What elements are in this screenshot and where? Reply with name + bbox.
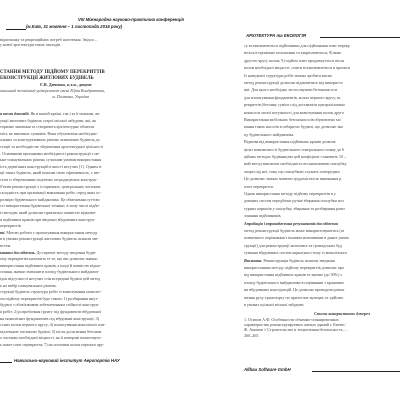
body-text: перекриттів. <box>0 223 22 228</box>
body-text: використання підйомних кранів, а іноді й… <box>0 263 101 268</box>
body-line: истем. <box>0 243 11 248</box>
body-line: плит перекриття. <box>244 184 274 189</box>
body-text: б'єктів реконструкції у історичних, цент… <box>0 184 101 189</box>
header-rule <box>6 29 26 30</box>
body-line: використанням методу підйому перекриттів… <box>244 265 344 270</box>
body-text: сті використання будівельної техніки, в … <box>0 203 100 208</box>
author-name: Є.В. Дяченко, к.т.н., доцент <box>40 82 92 87</box>
body-line: зонання підйомників. <box>244 213 281 218</box>
body-line: ження руху транспорту по прилеглих вулиц… <box>244 295 343 300</box>
conference-header-line1: VIII Міжнародна науково-практична конфер… <box>78 17 184 22</box>
body-line: складність при організації виконання роб… <box>0 190 101 195</box>
body-text: використанням методу підйому перекриттів… <box>244 265 344 270</box>
body-line: укції житлових будівель старої міської з… <box>0 118 96 123</box>
body-text: стем із збереженням існуючих огороджуючи… <box>0 177 98 182</box>
body-line: Апробація і впровадження результатів дос… <box>244 221 338 226</box>
body-text: Як в нашій країні, так і за її межами, а… <box>30 111 101 116</box>
body-line: сті використання будівельної техніки, в … <box>0 203 100 208</box>
body-text: будівлі з обов'язковим забезпеченням сті… <box>0 302 99 307</box>
body-text: рекриттів (бетонну суміш слід доставляти… <box>244 102 345 107</box>
body-text: в в умовах реконструкції житлових будіве… <box>0 236 99 241</box>
body-line: я робіт; 2) розроблення ґрунту під фунда… <box>0 309 101 314</box>
body-line: колон необхідної міцності, плити встанов… <box>244 65 350 70</box>
body-line: Висновки. Реконструкція будівель шляхом … <box>244 258 335 263</box>
body-text: Це дозволяє значно знизити трудомісткіст… <box>244 176 341 181</box>
body-text: ість дерев'яних конструкцій в якості нес… <box>0 164 101 169</box>
body-line: дованих систем передбачає ручне збирання… <box>244 198 344 203</box>
references-title: Список використаних джерел <box>314 311 370 316</box>
body-line: ідок відсутності несучих стін всередині … <box>0 276 100 281</box>
left-page: VIII Міжнародна науково-практична конфер… <box>0 0 200 400</box>
body-text: ь пакет плит перекриття; 7) на оголовки … <box>0 342 104 347</box>
body-text: підземною частиною будівлі; 5) після дос… <box>0 329 101 334</box>
body-text: торичне значення та створюють архітектур… <box>0 124 94 129</box>
body-text: укції житлових будівель старої міської з… <box>0 118 96 123</box>
body-text: струкції будівель структура робіт із вла… <box>0 289 101 294</box>
body-line: перекриттів. <box>0 223 22 228</box>
body-line: ьтати досліджень. До переваг методу звед… <box>0 250 96 255</box>
body-text: ня вбудованих конструкцій. Це дозволяє п… <box>244 287 344 292</box>
body-text: метод реконструкції будівель може викори… <box>244 228 344 233</box>
body-line: я підйомних кранів при зведенні вбудован… <box>0 217 95 222</box>
body-line: струкції будівель структура робіт із вла… <box>0 289 101 294</box>
body-text: ом підйому перекриттів буде такою: 1) ро… <box>0 296 98 301</box>
footer-rule <box>0 362 12 363</box>
body-line: нонасоси малої потужності для влаштуванн… <box>244 110 344 115</box>
body-text: розміри будівельного майданчика. Це обме… <box>0 197 100 202</box>
body-line: нів. Для цього необхідно застосовувати б… <box>244 87 337 92</box>
body-line: су встановлюються підйомники для підйома… <box>244 43 350 48</box>
body-text: ження руху транспорту по прилеглих вулиц… <box>244 295 343 300</box>
body-text: ються в проміжне положення та закріплюют… <box>244 50 341 55</box>
body-text: колон необхідної міцності, плити встанов… <box>244 65 350 70</box>
body-line: будівлі з обов'язковим забезпеченням сті… <box>0 302 99 307</box>
body-text: в умовах щільної міської забудови. <box>244 302 304 307</box>
body-line: трукції) для реконструкції житлових та г… <box>244 243 342 248</box>
body-line: цу будівельного майданчика. <box>244 132 294 137</box>
body-line: ті. Метою роботи є пропагування використ… <box>0 230 97 235</box>
body-line: стних колон першого ярусу; 4) влаштуванн… <box>0 322 106 327</box>
body-line: ції таких будівель, який показав свою еф… <box>0 170 100 175</box>
body-line: підземною частиною будівлі; 5) після дос… <box>0 329 101 334</box>
body-line: Це дозволяє значно знизити трудомісткіст… <box>244 176 341 181</box>
article-affiliation-line1: ональний технічний університет імені Юрі… <box>0 88 105 93</box>
body-text: повнечного порівняння з іншими можливими… <box>244 235 349 240</box>
right-page: АРХІТЕКТУРА та ЕКОЛОГІЯ су встановлюютьс… <box>200 0 400 400</box>
body-text: опори під неї, тому що опалубкою служать… <box>244 169 340 174</box>
body-text: зонання підйомників. <box>244 213 281 218</box>
header-rule <box>320 37 400 38</box>
body-line: другого ярусу колон; 9) підйом плит прод… <box>244 58 344 63</box>
body-line: ються в проміжне положення та закріплюют… <box>244 50 341 55</box>
body-text: метод реконструкції дозволяє відмовитись… <box>244 80 343 85</box>
body-line: площу будівельного майданчика в порівнян… <box>244 280 344 285</box>
body-line: ь пакет плит перекриття; 7) на оголовки … <box>0 342 104 347</box>
body-line: рекриттів (бетонну суміш слід доставляти… <box>244 102 345 107</box>
conference-header-line2: (м.Київ, 31 жовтня – 1 листопада 2016 ро… <box>26 24 122 29</box>
body-text: стних колон першого ярусу; 4) влаштуванн… <box>0 322 106 327</box>
body-line: метод реконструкції дозволяє відмовитись… <box>244 80 343 85</box>
reference-item: Ф. Акимов // Строительство и техногенная… <box>244 327 347 332</box>
body-line: від використання підйомних кранів та зна… <box>244 272 342 277</box>
body-line: ційних методах будівництва цей коефіцієн… <box>244 154 346 159</box>
body-line: Із наведеної структури робіт можна зроби… <box>244 73 332 78</box>
body-text: ьно-планувальних рішень сучасним умовам … <box>0 157 101 162</box>
body-text: я робіт; 2) розроблення ґрунту під фунда… <box>0 309 101 314</box>
right-footer: Allbau Software GmbH <box>244 367 291 372</box>
body-line: б'єктів реконструкції у історичних, цент… <box>0 184 101 189</box>
body-text: альних та конструктивних рішень зазначен… <box>0 137 100 142</box>
body-text: . Основними причинами необхідності рекон… <box>0 151 100 156</box>
body-line: цієнт компактності будівельного генераль… <box>244 147 344 152</box>
body-line: стем із збереженням існуючих огороджуючи… <box>0 177 98 182</box>
body-line: опори під неї, тому що опалубкою служать… <box>244 169 340 174</box>
body-line: повнечного порівняння з іншими можливими… <box>244 235 349 240</box>
body-line: ому перекриттів належить те те, що він д… <box>0 256 97 261</box>
body-line: Використання мобільних бетононасосів обу… <box>244 117 341 122</box>
body-text: плит перекриття. <box>244 184 274 189</box>
body-line: ний метод виключає необхідність встановл… <box>244 161 347 166</box>
body-text: ь на вибір планувальних рішень. <box>0 283 57 288</box>
article-affiliation-line2: м. Полтава, Україна <box>52 94 89 99</box>
body-line: міст, не викликає сумнівів. Вона обумовл… <box>0 131 98 136</box>
body-text: міст, не викликає сумнівів. Вона обумовл… <box>0 131 98 136</box>
body-line: стання, значно зменшити площу будівельно… <box>0 269 99 274</box>
body-line: ня вбудованих конструкцій. Це дозволяє п… <box>244 287 344 292</box>
body-text: складність при організації виконання роб… <box>0 190 101 195</box>
body-text: ний метод виключає необхідність встановл… <box>244 161 347 166</box>
section-lead: Апробація і впровадження результатів дос… <box>244 221 338 226</box>
section-lead: я теми доповіді. <box>0 111 30 116</box>
section-lead: Висновки. <box>244 258 262 263</box>
body-line: о частково необхідної міцності, на її по… <box>0 335 102 340</box>
body-line: ь на вибір планувальних рішень. <box>0 283 57 288</box>
body-text: трукції) для реконструкції житлових та г… <box>244 243 342 248</box>
body-text: Метою роботи є пропагування використання… <box>5 230 97 235</box>
body-text: истем. <box>0 243 11 248</box>
article-title-line2: ЕКОНСТРУКЦІЇ ЖИТЛОВИХ БУДІВЕЛЬ <box>0 76 94 81</box>
body-line: в в умовах реконструкції житлових будіве… <box>0 236 99 241</box>
body-line: метод реконструкції будівель може викори… <box>244 228 344 233</box>
body-line: Відмова від використання підйомних крані… <box>244 139 335 144</box>
body-line: із методів, який дозволяє практично повн… <box>0 210 96 215</box>
body-line: розміри будівельного майданчика. Це обме… <box>0 197 100 202</box>
body-line: альних та конструктивних рішень зазначен… <box>0 137 100 142</box>
body-line: турних каркасів у опалубку, збирання та … <box>244 206 345 211</box>
body-text: площу будівельного майданчика в порівнян… <box>244 280 344 285</box>
body-text: для влаштування фундаментів, колон першо… <box>244 95 341 100</box>
body-text: турних каркасів у опалубку, збирання та … <box>244 206 345 211</box>
body-text: ційних методах будівництва цей коефіцієн… <box>244 154 346 159</box>
body-line: тування вбудованих систем каркасного тип… <box>244 250 347 255</box>
body-line: ьно-планувальних рішень сучасним умовам … <box>0 157 101 162</box>
body-line: стиції та необхідністю збереження архіте… <box>0 144 103 149</box>
body-text: су встановлюються підйомники для підйома… <box>244 43 350 48</box>
body-text: із методів, який дозволяє практично повн… <box>0 210 96 215</box>
body-text: нів. Для цього необхідно застосовувати б… <box>244 87 337 92</box>
footer-rule <box>312 371 400 372</box>
article-title-line1: СТАННЯ МЕТОДУ ПІДЙОМУ ПЕРЕКРИТТІВ <box>0 70 105 75</box>
body-text: цу будівельного майданчика. <box>244 132 294 137</box>
body-text: стання, значно зменшити площу будівельно… <box>0 269 99 274</box>
body-text: нонасоси малої потужності для влаштуванн… <box>244 110 344 115</box>
intro-line: у нової архітектури таких закладів. <box>0 42 61 47</box>
body-text: від використання підйомних кранів та зна… <box>244 272 342 277</box>
article-author: Є.В. Дяченко, к.т.н., доцент <box>40 82 92 87</box>
body-line: використання підйомних кранів, а іноді й… <box>0 263 101 268</box>
body-text: о частково необхідної міцності, на її по… <box>0 335 102 340</box>
body-line: Однак використання методу підйому перекр… <box>244 191 336 196</box>
body-text: Відмова від використання підйомних крані… <box>244 139 335 144</box>
body-text: вання таких насосів в габаритах будівлі,… <box>244 124 343 129</box>
body-text: цієнт компактності будівельного генераль… <box>244 147 344 152</box>
body-text: ідок відсутності несучих стін всередині … <box>0 276 100 281</box>
body-text: ції таких будівель, який показав свою еф… <box>0 170 100 175</box>
body-text: тування вбудованих систем каркасного тип… <box>244 250 347 255</box>
reference-item: 260–265. <box>244 333 259 338</box>
left-footer: Навчально-науковий інститут Аеропортів Н… <box>14 358 120 363</box>
body-line: . Основними причинами необхідності рекон… <box>0 151 100 156</box>
body-line: ом підйому перекриттів буде такою: 1) ро… <box>0 296 98 301</box>
body-line: ня монолітних фундаментів під вбудовані … <box>0 316 99 321</box>
body-text: Однак використання методу підйому перекр… <box>244 191 336 196</box>
body-line: торичне значення та створюють архітектур… <box>0 124 94 129</box>
body-line: для влаштування фундаментів, колон першо… <box>244 95 341 100</box>
body-text: ому перекриттів належить те те, що він д… <box>0 256 97 261</box>
body-text: Використання мобільних бетононасосів обу… <box>244 117 341 122</box>
section-header: АРХІТЕКТУРА та ЕКОЛОГІЯ <box>246 33 306 38</box>
body-line: я теми доповіді. Як в нашій країні, так … <box>0 111 100 116</box>
body-text: я підйомних кранів при зведенні вбудован… <box>0 217 95 222</box>
body-line: ість дерев'яних конструкцій в якості нес… <box>0 164 101 169</box>
body-text: До переваг методу зведення будів- <box>36 250 97 255</box>
body-text: другого ярусу колон; 9) підйом плит прод… <box>244 58 344 63</box>
body-line: в умовах щільної міської забудови. <box>244 302 304 307</box>
body-text: Реконструкція будівель шляхом зведення <box>262 258 334 263</box>
body-text: дованих систем передбачає ручне збирання… <box>244 198 344 203</box>
body-text: Із наведеної структури робіт можна зроби… <box>244 73 332 78</box>
body-line: вання таких насосів в габаритах будівлі,… <box>244 124 343 129</box>
body-text: стиції та необхідністю збереження архіте… <box>0 144 103 149</box>
body-text: ня монолітних фундаментів під вбудовані … <box>0 316 99 321</box>
section-lead: ьтати досліджень. <box>0 250 36 255</box>
